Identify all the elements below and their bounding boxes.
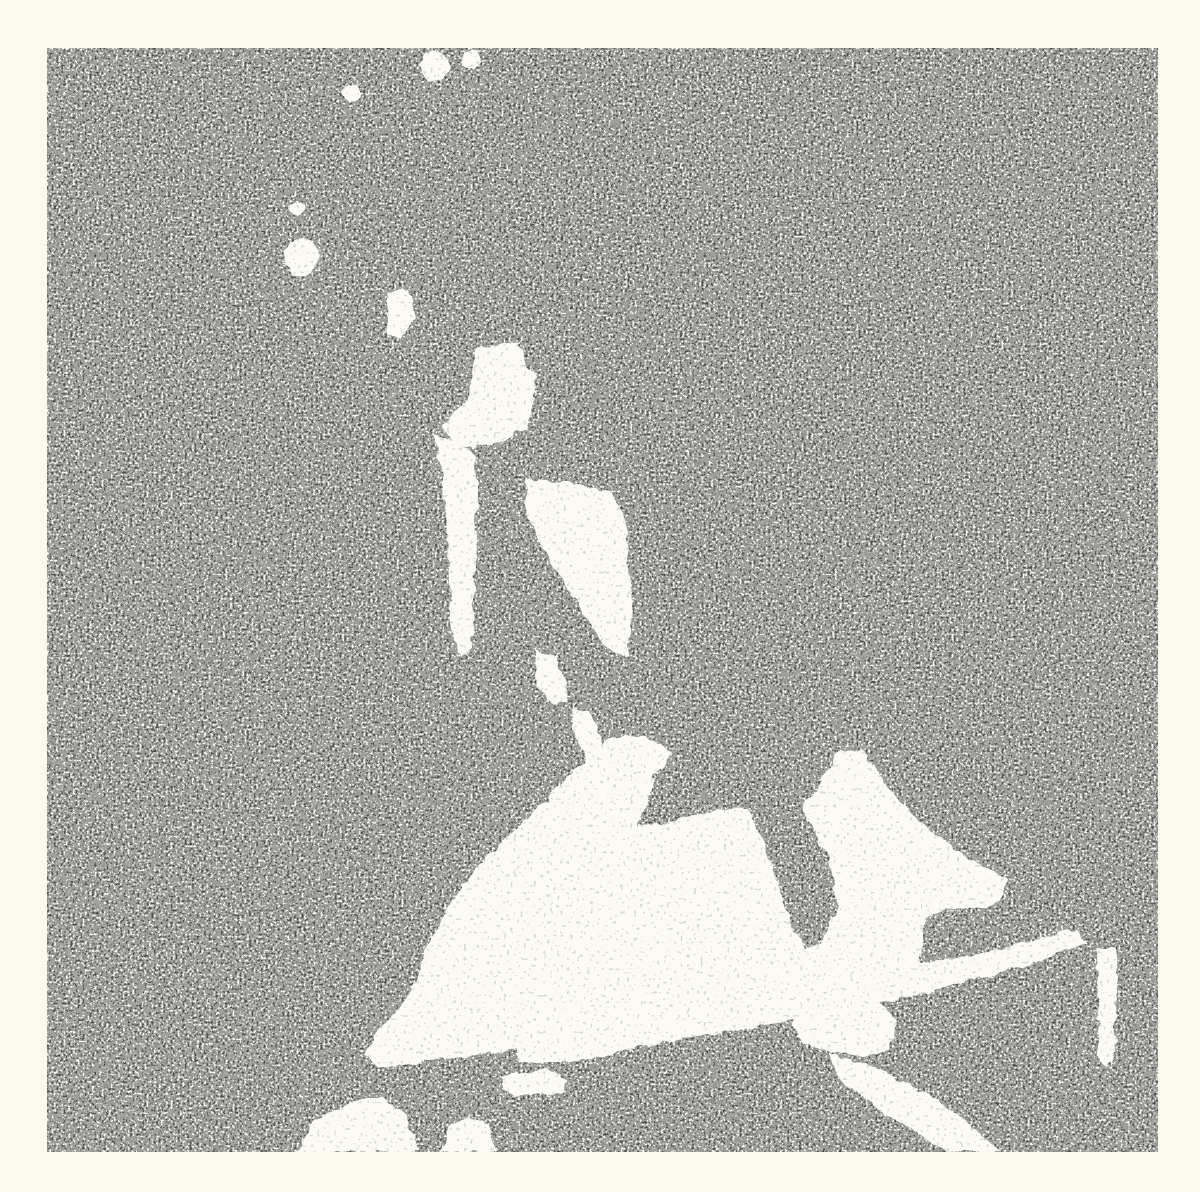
photocopy-artwork (47, 48, 1158, 1152)
copier-speckle-overlay (47, 48, 1158, 1152)
artwork-canvas (47, 48, 1158, 1152)
artwork-description: Grainy high-contrast photocopy of a figu… (0, 0, 1, 1)
album-cover: Grainy high-contrast photocopy of a figu… (0, 0, 1200, 1192)
